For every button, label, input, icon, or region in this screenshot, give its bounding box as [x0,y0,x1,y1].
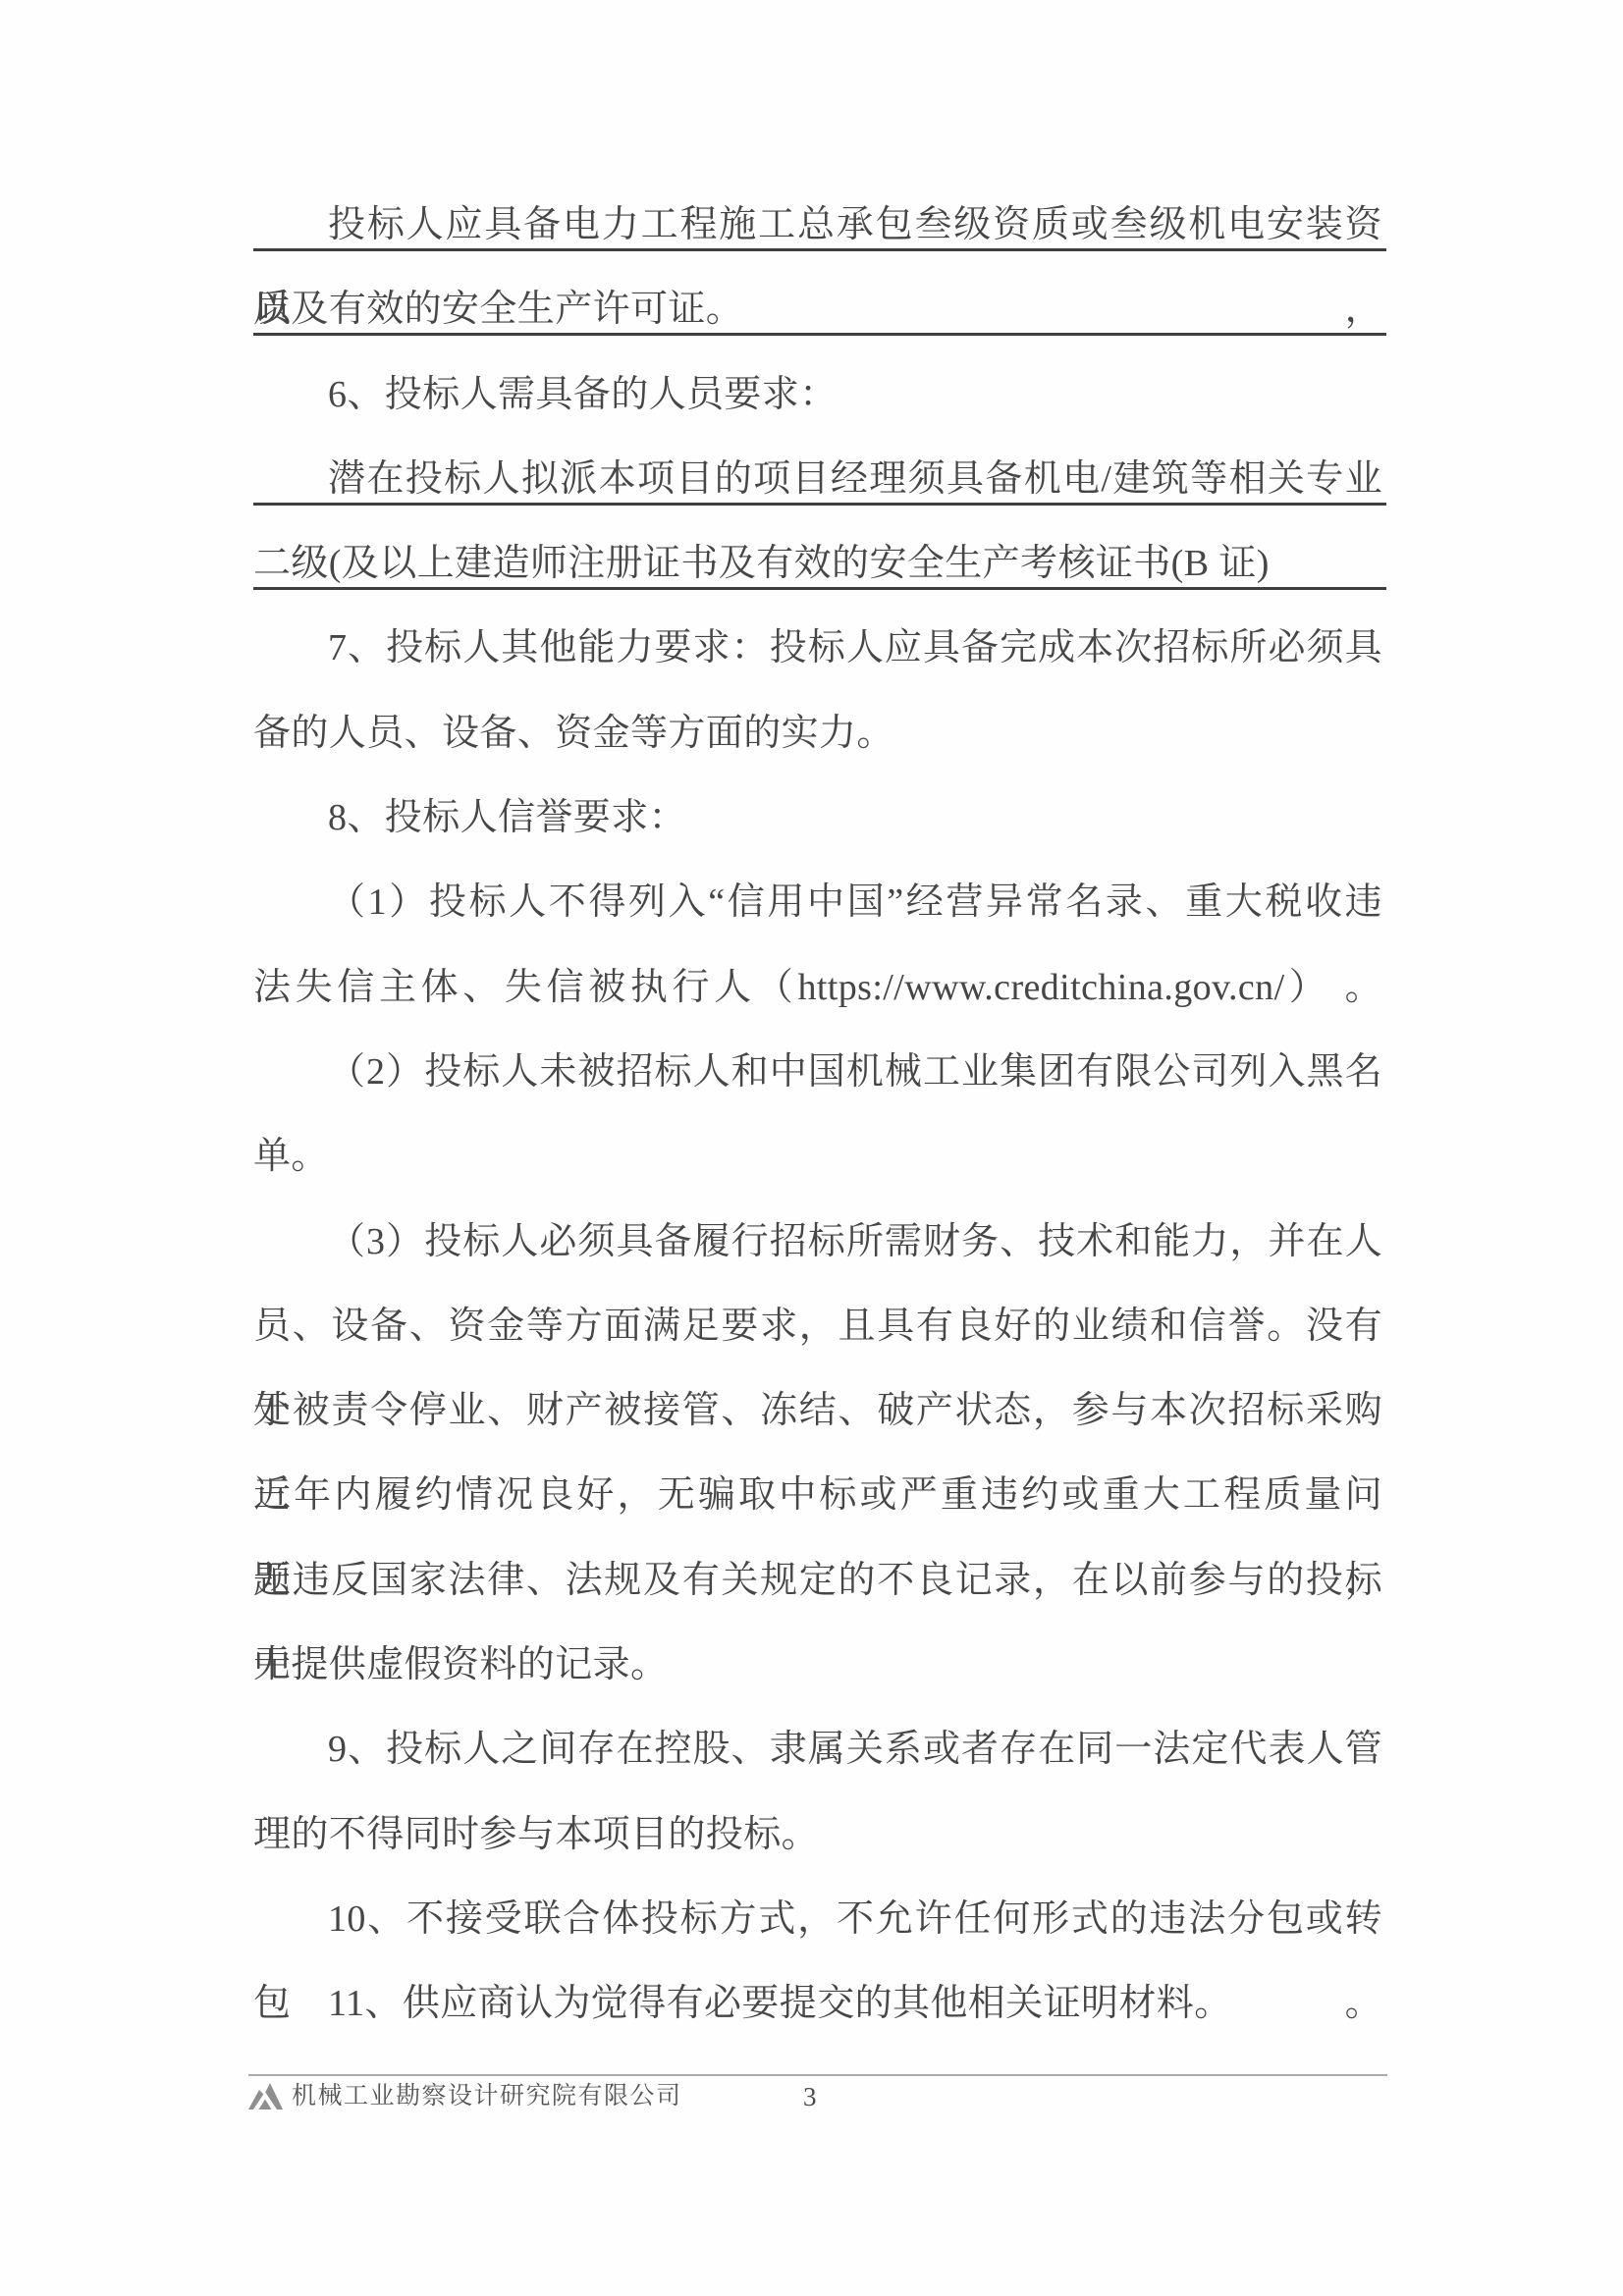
document-page: 投标人应具备电力工程施工总承包叁级资质或叁级机电安装资质， 以及有效的安全生产许… [0,0,1623,2296]
company-logo-icon [248,2083,283,2109]
text-line: 10、不接受联合体投标方式，不允许任何形式的违法分包或转包。 [253,1877,1382,1961]
text-line: （2）投标人未被招标人和中国机械工业集团有限公司列入黑名 [253,1030,1382,1114]
text-line: 二级(及以上建造师注册证书及有效的安全生产考核证书(B 证) [253,521,1382,606]
text-line: 法失信主体、失信被执行人（https://www.creditchina.gov… [253,945,1382,1030]
text-line: 9、投标人之间存在控股、隶属关系或者存在同一法定代表人管 [253,1707,1382,1791]
text-line: 于被责令停业、财产被接管、冻结、破产状态，参与本次招标采购近 [253,1368,1382,1453]
document-body: 投标人应具备电力工程施工总承包叁级资质或叁级机电安装资质， 以及有效的安全生产许… [253,183,1382,2047]
text-line: 单。 [253,1114,1382,1199]
text-line: 以及有效的安全生产许可证。 [253,267,1382,351]
page-footer: 机械工业勘察设计研究院有限公司 3 [248,2081,1387,2112]
text-line: 7、投标人其他能力要求：投标人应具备完成本次招标所必须具 [253,606,1382,690]
text-line: （1）投标人不得列入“信用中国”经营异常名录、重大税收违 [253,860,1382,944]
text-line: 6、投标人需具备的人员要求： [253,352,1382,437]
text-line: 潜在投标人拟派本项目的项目经理须具备机电/建筑等相关专业 [253,437,1382,521]
text-line: 投标人应具备电力工程施工总承包叁级资质或叁级机电安装资质， [253,183,1382,267]
text-line: 三年内履约情况良好，无骗取中标或严重违约或重大工程质量问题， [253,1453,1382,1537]
page-number: 3 [803,2081,817,2112]
text-line: 无违反国家法律、法规及有关规定的不良记录，在以前参与的投标中 [253,1538,1382,1623]
company-name: 机械工业勘察设计研究院有限公司 [292,2081,682,2112]
text-line: 备的人员、设备、资金等方面的实力。 [253,691,1382,775]
text-line: 11、供应商认为觉得有必要提交的其他相关证明材料。 [253,1961,1382,2046]
text-line: 员、设备、资金等方面满足要求，且具有良好的业绩和信誉。没有处 [253,1284,1382,1368]
text-line: （3）投标人必须具备履行招标所需财务、技术和能力，并在人 [253,1200,1382,1284]
text-line: 8、投标人信誉要求： [253,775,1382,860]
text-line: 无提供虚假资料的记录。 [253,1623,1382,1707]
footer-divider [248,2074,1387,2076]
text-line: 理的不得同时参与本项目的投标。 [253,1792,1382,1877]
